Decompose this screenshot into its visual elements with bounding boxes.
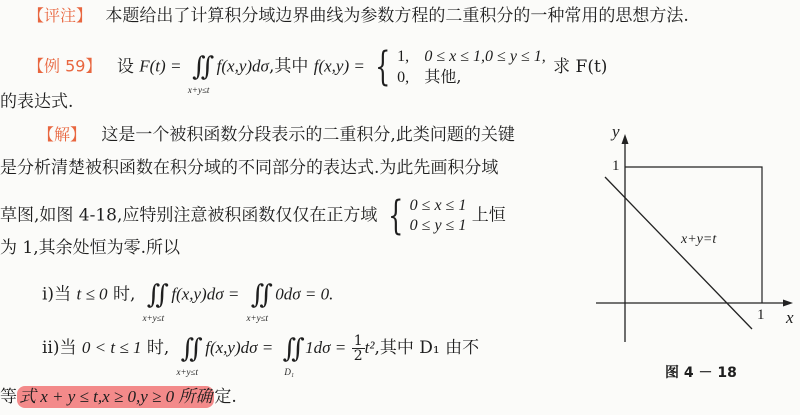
case-ii-condition: 0 < t ≤ 1 (82, 338, 142, 357)
case-i-label: ⅰ)当 (42, 285, 71, 305)
example-tag: 【例 59】 (28, 57, 101, 76)
square-cond-y: 0 ≤ y ≤ 1 (410, 216, 467, 236)
case-ii-tail: ,其中 D₁ 由不 (374, 338, 479, 358)
y-axis-label: y (612, 122, 620, 142)
x-tick-label: 1 (757, 307, 765, 324)
last-line-pre: 等 (0, 387, 17, 407)
case-ii-when: 时, (147, 338, 169, 358)
solution-line-4: 为 1,其余处恒为零.所以 (0, 238, 180, 258)
line-label: x+y=t (681, 232, 716, 248)
left-brace: { (375, 47, 390, 87)
double-integral-2: ∬ D₁ (283, 336, 296, 362)
square-domain: { 0 ≤ x ≤ 1 0 ≤ y ≤ 1 (383, 196, 467, 236)
solution-line-3: 草图,如图 4-18,应特别注意被积函数仅仅在正方域 { 0 ≤ x ≤ 1 0… (0, 196, 506, 236)
example-lead: 设 (117, 57, 134, 77)
case1-condition: 0 ≤ x ≤ 1,0 ≤ y ≤ 1, (424, 48, 545, 65)
diagram-svg (590, 110, 800, 390)
last-line-post: 定. (214, 387, 236, 407)
solution-text-3-post: 上恒 (472, 206, 506, 226)
y-tick-label: 1 (612, 158, 620, 175)
F-of-t: F(t) (139, 57, 165, 76)
y-axis-arrow-icon (622, 134, 629, 144)
integral-domain: D₁ (284, 362, 294, 382)
case-ii-result-pre: 1dσ = (305, 338, 346, 357)
fraction-denominator: 2 (352, 349, 365, 363)
figure-4-18: y 1 1 x x+y=t (590, 110, 800, 390)
solution-line-2: 是分析清楚被积函数在积分域的不同部分的表达式.为此先画积分域 (0, 158, 498, 178)
case-i-integrand: f(x,y)dσ = (171, 285, 239, 304)
square-cond-x: 0 ≤ x ≤ 1 (410, 196, 467, 216)
ask-text: 求 F(t) (553, 57, 607, 77)
case2-value: 0, (397, 69, 409, 86)
equals-sign: = (171, 57, 181, 76)
example-continuation: 的表达式. (0, 92, 73, 112)
integral-domain: x+y≤t (143, 308, 165, 328)
case-i-line: ⅰ)当 t ≤ 0 时, ∬ x+y≤t f(x,y)dσ = ∬ x+y≤t … (42, 282, 333, 308)
example-line: 【例 59】 设 F(t) = ∬ x+y≤t f(x,y)dσ,其中 f(x,… (28, 46, 607, 88)
left-brace: { (388, 196, 403, 236)
integral-symbol: ∬ (251, 280, 264, 310)
double-integral-2: ∬ x+y≤t (251, 282, 264, 308)
line-x-plus-y-eq-t (605, 177, 752, 329)
piecewise-definition: { 1, 0 ≤ x ≤ 1,0 ≤ y ≤ 1, 0, 其他, (370, 46, 545, 88)
case2-condition: 其他, (424, 67, 461, 86)
case-ii-line: ⅱ)当 0 < t ≤ 1 时, ∬ x+y≤t f(x,y)dσ = ∬ D₁… (42, 334, 479, 363)
remark-tag: 【评注】 (28, 6, 92, 25)
integral-domain: x+y≤t (176, 362, 198, 382)
square-conditions: 0 ≤ x ≤ 1 0 ≤ y ≤ 1 (410, 196, 467, 236)
integral-domain: x+y≤t (247, 308, 269, 328)
f-definition: f(x,y) = (314, 57, 365, 76)
case1-value: 1, (397, 48, 409, 65)
remark-line: 【评注】 本题给出了计算积分域边界曲线为参数方程的二重积分的一种常用的思想方法. (28, 6, 689, 26)
integrand: f(x,y)dσ (217, 57, 269, 76)
highlighted-text: 式 x + y ≤ t,x ≥ 0,y ≥ 0 所确 (17, 386, 214, 408)
case-ii-integrand: f(x,y)dσ = (205, 338, 273, 357)
integral-symbol: ∬ (283, 334, 296, 364)
integral-symbol: ∬ (192, 52, 205, 82)
fraction-numerator: 1 (352, 334, 365, 349)
integral-symbol: ∬ (181, 334, 194, 364)
mid-text: ,其中 (269, 57, 308, 77)
case-i-condition: t ≤ 0 (76, 285, 107, 304)
solution-text-3: 草图,如图 4-18,应特别注意被积函数仅仅在正方域 (0, 206, 377, 226)
x-axis-label: x (786, 308, 794, 328)
integral-domain: x+y≤t (188, 80, 210, 100)
fraction-one-half: 1 2 (352, 334, 365, 363)
x-axis-arrow-icon (783, 300, 793, 307)
figure-caption: 图 4 － 18 (665, 362, 737, 382)
remark-text: 本题给出了计算积分域边界曲线为参数方程的二重积分的一种常用的思想方法. (105, 6, 688, 26)
double-integral: ∬ x+y≤t (192, 54, 205, 80)
case-ii-result-post: t² (365, 338, 375, 357)
integral-symbol: ∬ (147, 280, 160, 310)
last-line: 等式 x + y ≤ t,x ≥ 0,y ≥ 0 所确定. (0, 387, 237, 407)
solution-tag: 【解】 (38, 125, 86, 144)
solution-text-1: 这是一个被积函数分段表示的二重积分,此类问题的关键 (101, 125, 514, 145)
case-i-when: 时, (113, 285, 135, 305)
case-ii-label: ⅱ)当 (42, 338, 77, 358)
case-i-result: 0dσ = 0. (275, 285, 333, 304)
solution-line-1: 【解】 这是一个被积函数分段表示的二重积分,此类问题的关键 (38, 125, 515, 145)
double-integral: ∬ x+y≤t (147, 282, 160, 308)
double-integral: ∬ x+y≤t (181, 336, 194, 362)
cases: 1, 0 ≤ x ≤ 1,0 ≤ y ≤ 1, 0, 其他, (397, 46, 546, 88)
